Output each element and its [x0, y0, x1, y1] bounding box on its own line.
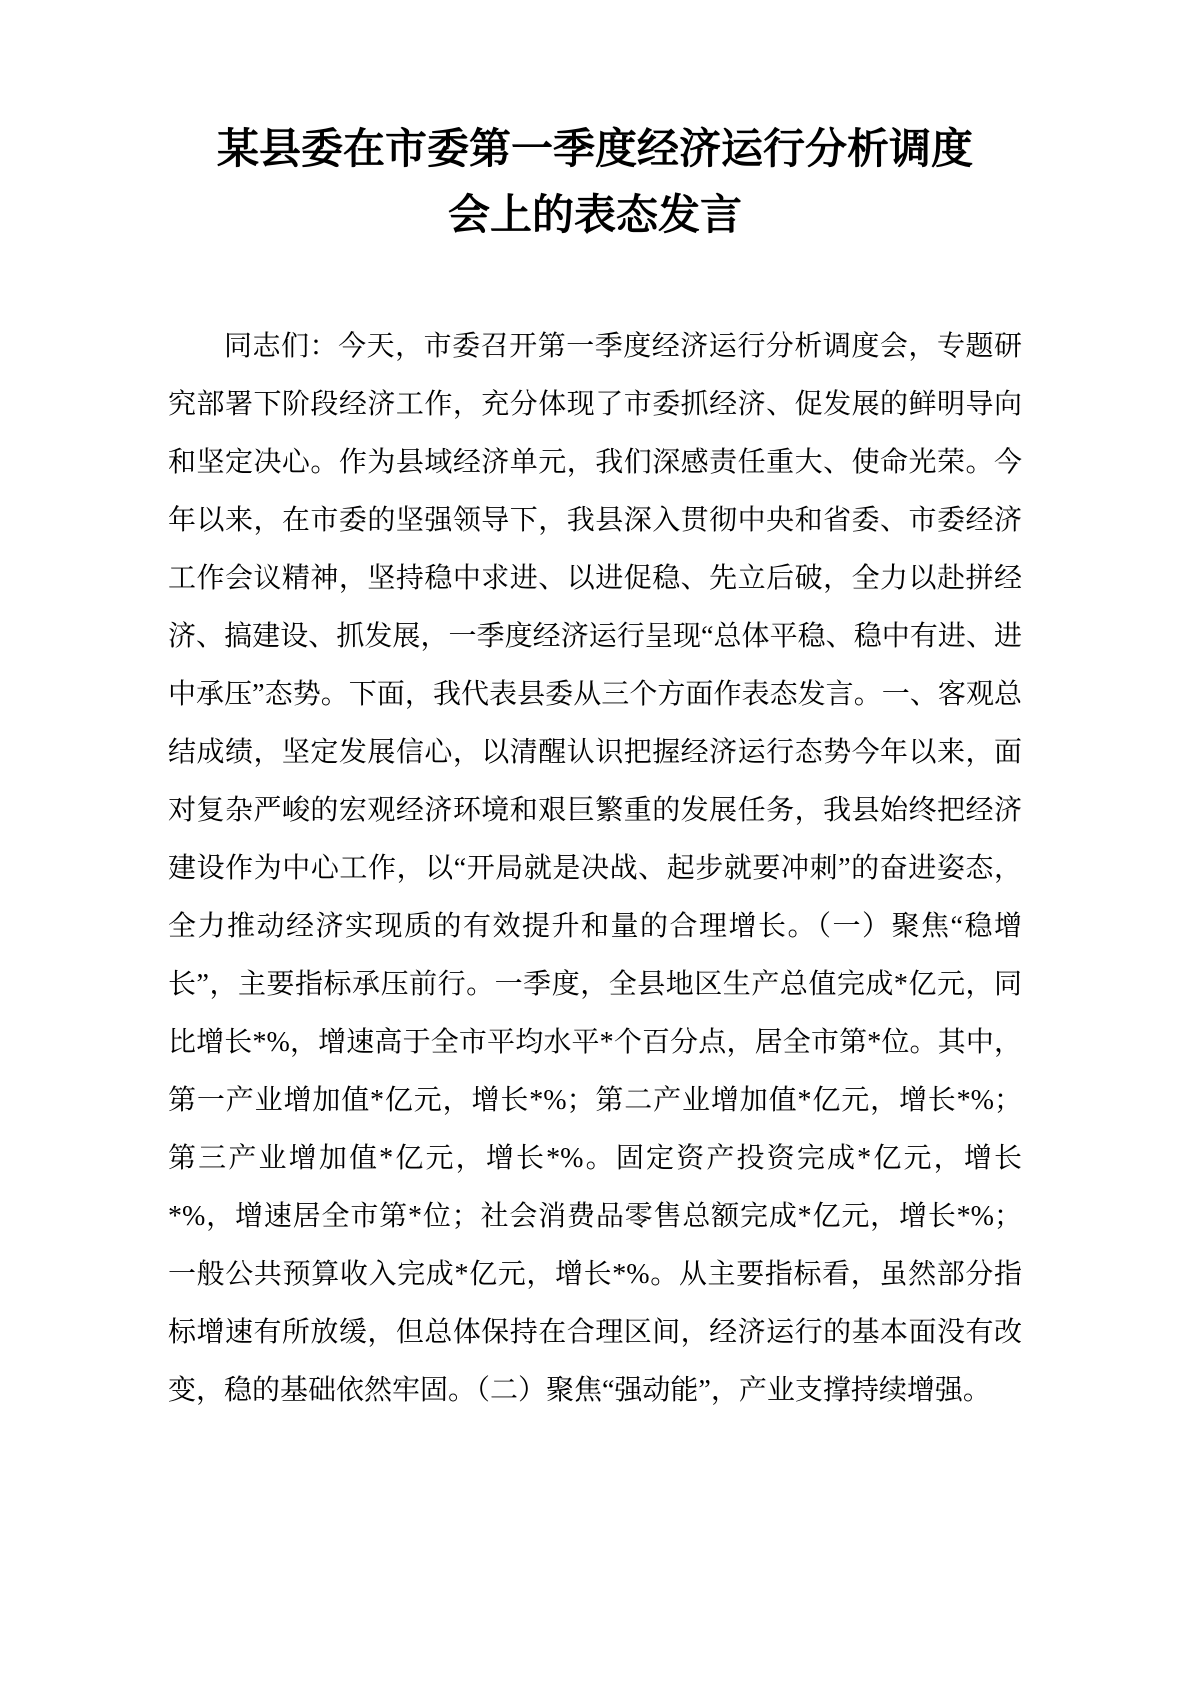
document-page: 某县委在市委第一季度经济运行分析调度会上的表态发言 同志们：今天，市委召开第一季… — [0, 0, 1190, 1683]
document-body-paragraph: 同志们：今天，市委召开第一季度经济运行分析调度会，专题研究部署下阶段经济工作，充… — [168, 318, 1022, 1420]
document-title: 某县委在市委第一季度经济运行分析调度会上的表态发言 — [205, 116, 985, 248]
